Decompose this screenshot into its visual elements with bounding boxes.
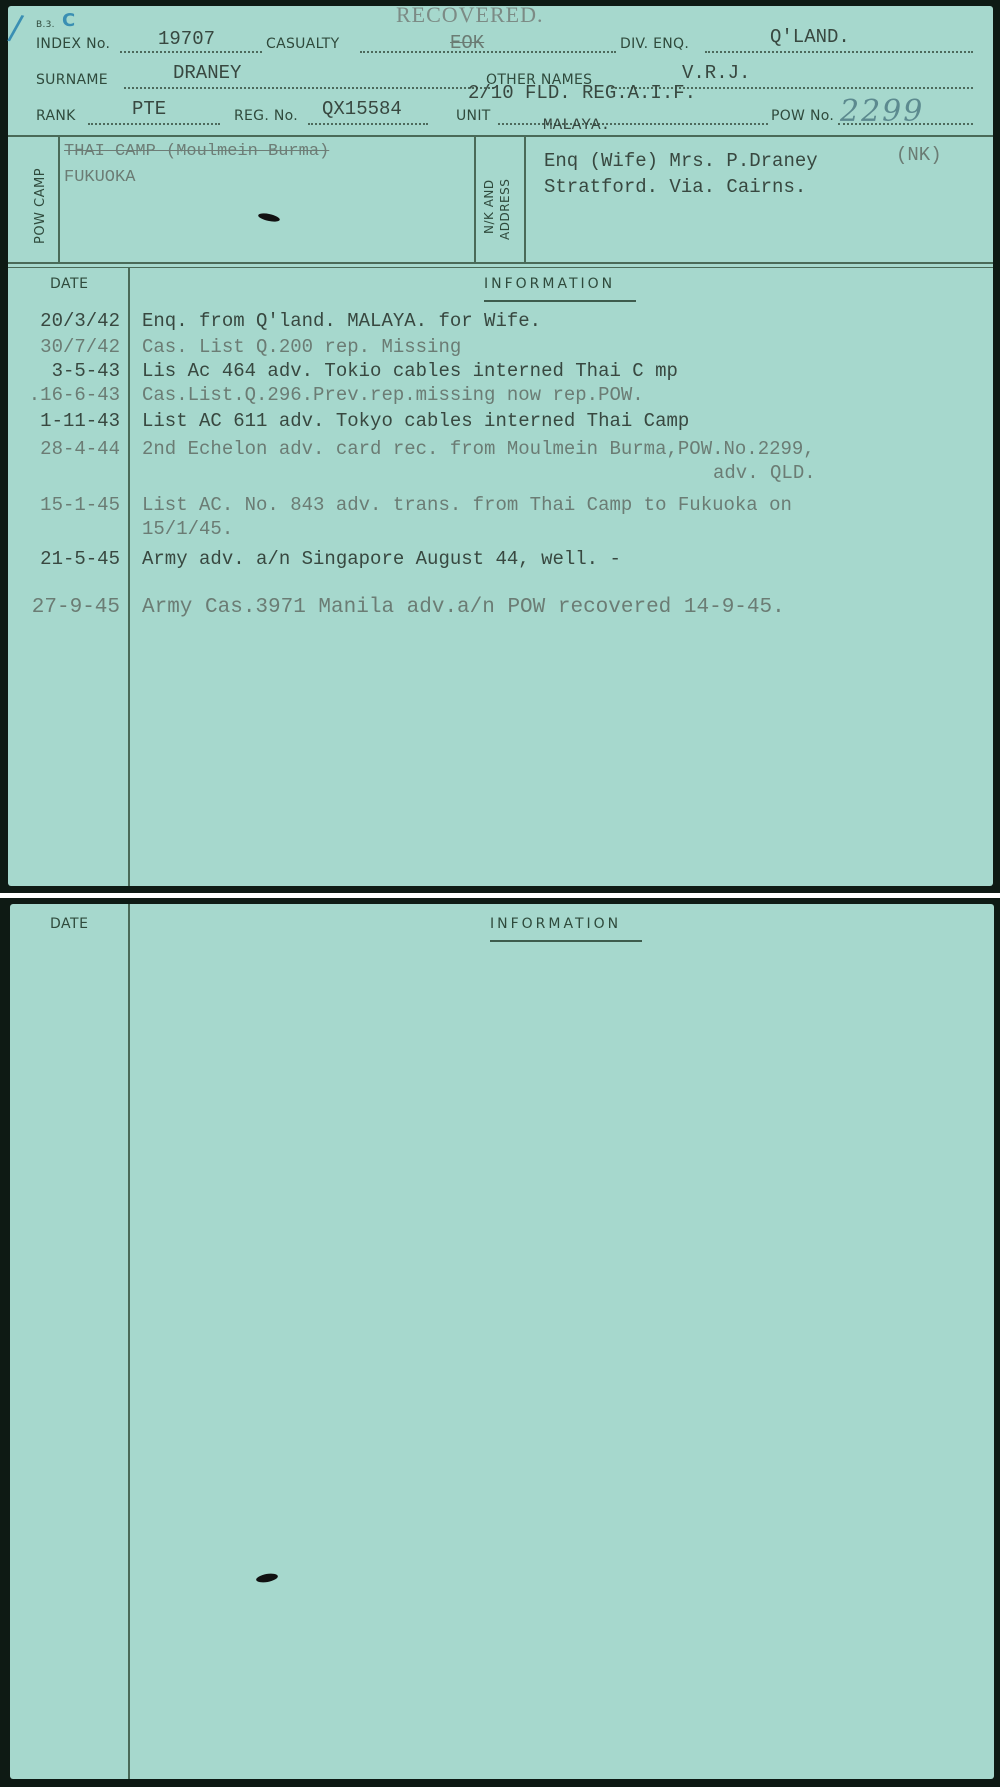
surname-value: DRANEY bbox=[173, 62, 241, 84]
divider-pow-camp-label bbox=[58, 136, 60, 262]
log-entry-info: List AC 611 adv. Tokyo cables interned T… bbox=[142, 410, 689, 432]
pen-annotation: C bbox=[62, 10, 75, 31]
div-enq-dotted-line bbox=[705, 51, 973, 53]
pow-camp-label: POW CAMP bbox=[33, 168, 48, 244]
form-code: B.3. bbox=[36, 20, 55, 30]
log-entry-info-continued: adv. QLD. bbox=[713, 462, 816, 484]
div-enq-value: Q'LAND. bbox=[770, 26, 850, 48]
log-entry-info: Cas. List Q.200 rep. Missing bbox=[142, 336, 461, 358]
back-info-column-header: INFORMATION bbox=[490, 916, 621, 932]
log-entry-info: Cas.List.Q.296.Prev.rep.missing now rep.… bbox=[142, 384, 644, 406]
log-entry-info-continued: 15/1/45. bbox=[142, 518, 233, 540]
log-entry-info: Lis Ac 464 adv. Tokio cables interned Th… bbox=[142, 360, 678, 382]
card-front-paper: / B.3. C RECOVERED. INDEX No. 19707 CASU… bbox=[8, 6, 993, 886]
div-enq-label: DIV. ENQ. bbox=[620, 36, 689, 52]
index-dotted-line bbox=[120, 51, 262, 53]
other-names-value: V.R.J. bbox=[682, 62, 750, 84]
log-entry-info: Army adv. a/n Singapore August 44, well.… bbox=[142, 548, 621, 570]
index-value: 19707 bbox=[158, 28, 215, 50]
card-front: / B.3. C RECOVERED. INDEX No. 19707 CASU… bbox=[0, 0, 1000, 893]
unit-value-line2: MALAYA. bbox=[543, 116, 610, 134]
casualty-value: EOK bbox=[450, 32, 484, 54]
rank-label: RANK bbox=[36, 108, 76, 124]
log-entry-info: 2nd Echelon adv. card rec. from Moulmein… bbox=[142, 438, 815, 460]
back-divider-date-column bbox=[128, 904, 130, 1779]
index-label: INDEX No. bbox=[36, 36, 110, 52]
divider-log-top-2 bbox=[8, 267, 993, 268]
divider-nk-left bbox=[474, 136, 476, 262]
divider-log-top bbox=[8, 262, 993, 264]
card-back: DATE INFORMATION bbox=[0, 898, 1000, 1787]
reg-no-dotted-line bbox=[308, 123, 428, 125]
unit-label: UNIT bbox=[456, 108, 491, 124]
log-entry-date: 28-4-44 bbox=[2, 438, 120, 460]
log-entry-date: 20/3/42 bbox=[2, 310, 120, 332]
nk-address-line2: Stratford. Via. Cairns. bbox=[544, 176, 806, 198]
log-entry-date: 15-1-45 bbox=[2, 494, 120, 516]
log-entry-info: Enq. from Q'land. MALAYA. for Wife. bbox=[142, 310, 541, 332]
divider-header bbox=[8, 135, 993, 137]
pen-slash-mark: / bbox=[6, 7, 26, 49]
surname-label: SURNAME bbox=[36, 72, 108, 88]
pow-camp-current-entry: FUKUOKA bbox=[64, 168, 135, 187]
date-column-header: DATE bbox=[50, 276, 88, 292]
pow-no-value: 2299 bbox=[840, 94, 924, 129]
back-info-column-header-underline bbox=[490, 940, 642, 942]
log-entry-date: 30/7/42 bbox=[2, 336, 120, 358]
log-entry-date: 21-5-45 bbox=[2, 548, 120, 570]
reg-no-label: REG. No. bbox=[234, 108, 298, 124]
info-column-header-underline bbox=[484, 300, 636, 302]
rank-dotted-line bbox=[88, 123, 220, 125]
unit-dotted-line bbox=[498, 123, 768, 125]
info-column-header: INFORMATION bbox=[484, 276, 615, 292]
divider-nk-right bbox=[524, 136, 526, 262]
recovered-stamp: RECOVERED. bbox=[396, 2, 544, 28]
casualty-dotted-line bbox=[360, 51, 616, 53]
unit-value-line1: 2/10 FLD. REG.A.I.F. bbox=[468, 82, 696, 104]
log-entry-date: 3-5-43 bbox=[2, 360, 120, 382]
nk-address-line1: Enq (Wife) Mrs. P.Draney bbox=[544, 150, 818, 172]
nk-address-label-line2: ADDRESS bbox=[498, 179, 512, 240]
pow-camp-struck-entry: THAI CAMP (Moulmein Burma) bbox=[64, 142, 329, 161]
card-back-paper: DATE INFORMATION bbox=[10, 904, 994, 1779]
ink-blot bbox=[258, 212, 281, 223]
reg-no-value: QX15584 bbox=[322, 98, 402, 120]
nk-address-label-line1: N/K AND bbox=[482, 179, 496, 234]
log-entry-date: 27-9-45 bbox=[2, 596, 120, 619]
back-date-column-header: DATE bbox=[50, 916, 88, 932]
log-entry-date: .16-6-43 bbox=[2, 384, 120, 406]
log-entry-info: List AC. No. 843 adv. trans. from Thai C… bbox=[142, 494, 792, 516]
divider-date-column bbox=[128, 268, 130, 886]
casualty-label: CASUALTY bbox=[266, 36, 339, 52]
log-entry-date: 1-11-43 bbox=[2, 410, 120, 432]
back-ink-blot bbox=[255, 1572, 278, 1584]
nk-tag: (NK) bbox=[896, 144, 942, 166]
rank-value: PTE bbox=[132, 98, 166, 120]
pow-no-label: POW No. bbox=[771, 108, 834, 124]
surname-dotted-line bbox=[124, 87, 494, 89]
log-entry-info: Army Cas.3971 Manila adv.a/n POW recover… bbox=[142, 596, 785, 619]
